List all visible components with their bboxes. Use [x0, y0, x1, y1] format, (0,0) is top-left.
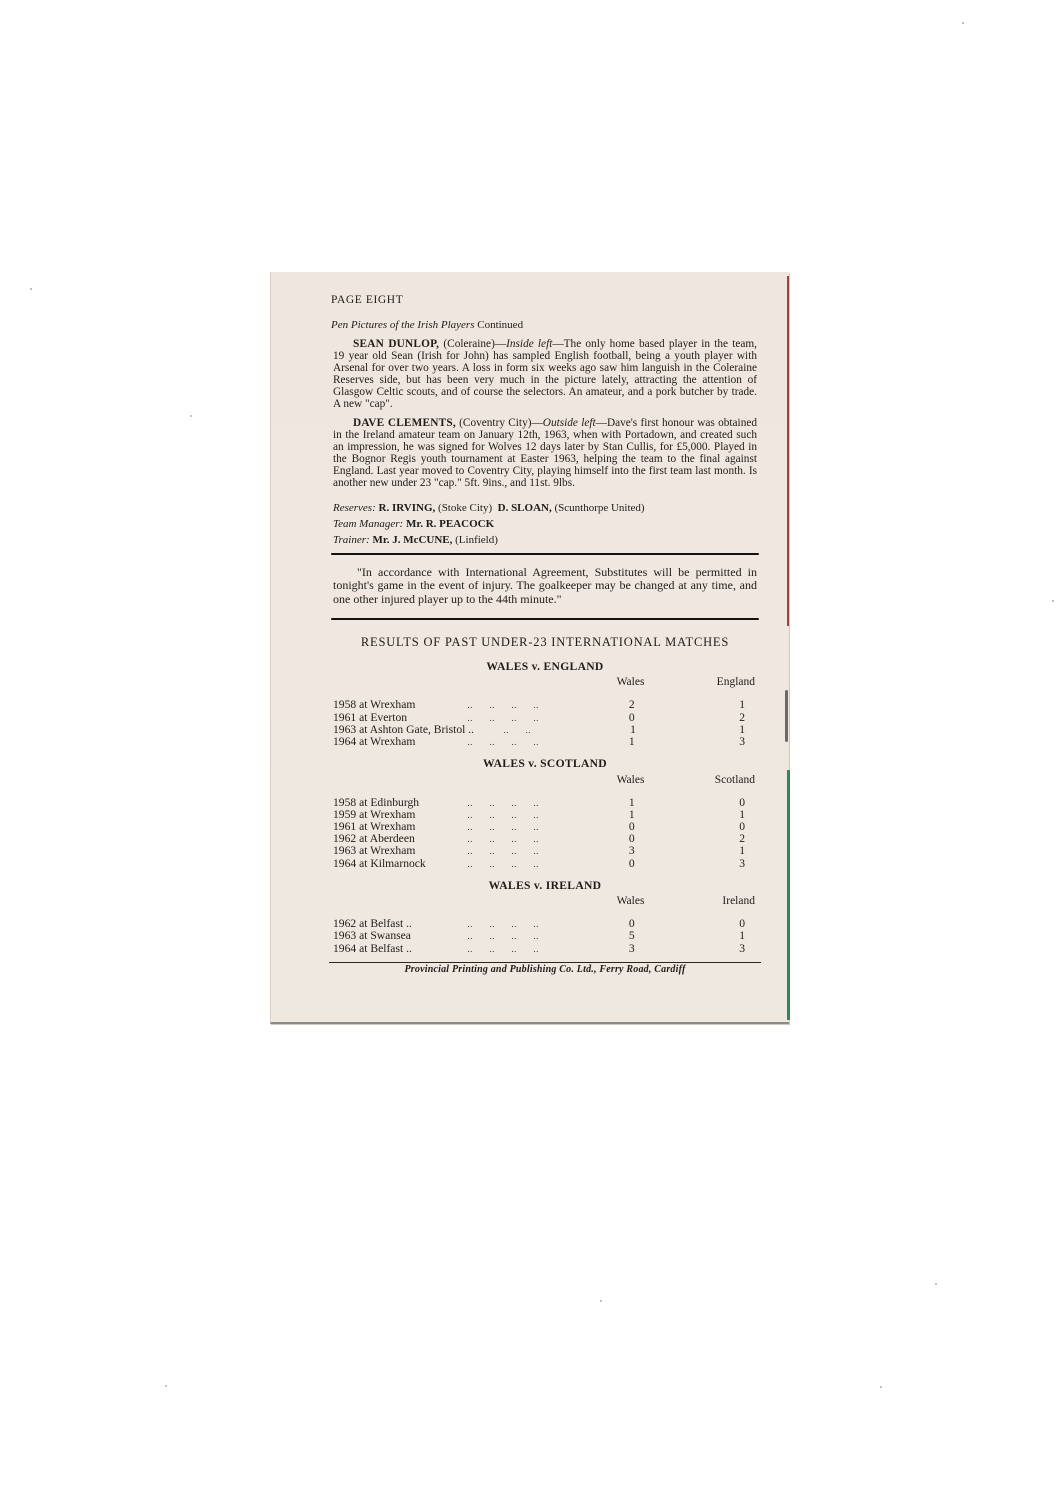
- cover-edge-red: [787, 276, 789, 626]
- fixture-title: WALES v. SCOTLAND: [333, 758, 757, 771]
- away-team-header: Scotland: [658, 774, 757, 788]
- result-row: 1961 at Everton .. .. .. ..02: [333, 712, 757, 724]
- match-venue: 1958 at Wrexham: [333, 699, 462, 711]
- away-score: 2: [659, 712, 757, 724]
- results-title: RESULTS OF PAST UNDER-23 INTERNATIONAL M…: [333, 636, 757, 649]
- programme-page: PAGE EIGHT Pen Pictures of the Irish Pla…: [270, 272, 789, 1024]
- footer-rule: [329, 962, 761, 963]
- reserves-line: Reserves: R. IRVING, (Stoke City) D. SLO…: [333, 500, 757, 516]
- printer-credit: Provincial Printing and Publishing Co. L…: [333, 964, 757, 977]
- page-label: PAGE EIGHT: [331, 294, 757, 307]
- staple-mark: [785, 690, 788, 742]
- divider-rule: [331, 553, 759, 555]
- leader-dots: .. .. .. ..: [462, 833, 605, 845]
- results-rows: 1962 at Belfast .. .. .. .. ..001963 at …: [333, 918, 757, 955]
- away-score: 1: [659, 930, 757, 942]
- result-row: 1963 at Swansea .. .. .. ..51: [333, 930, 757, 942]
- player-bio-dunlop: SEAN DUNLOP, (Coleraine)—Inside left—The…: [333, 339, 757, 410]
- leader-dots: .. .. .. ..: [462, 809, 605, 821]
- manager-name: Mr. R. PEACOCK: [406, 518, 494, 530]
- home-score: 1: [604, 736, 659, 748]
- trainer-label: Trainer:: [333, 534, 370, 546]
- trainer-club: (Linfield): [455, 534, 498, 546]
- manager-label: Team Manager:: [333, 518, 403, 530]
- away-team-header: Ireland: [658, 895, 757, 909]
- results-block: WALES v. IRELANDWalesIreland1962 at Belf…: [333, 880, 757, 955]
- home-team-header: Wales: [603, 676, 657, 690]
- home-score: 1: [604, 797, 659, 809]
- player-bio-clements: DAVE CLEMENTS, (Coventry City)—Outside l…: [333, 418, 757, 489]
- section-subtitle: Pen Pictures of the Irish Players Contin…: [331, 319, 757, 332]
- scan-speck: [1052, 600, 1054, 602]
- match-venue: 1961 at Everton: [333, 712, 462, 724]
- leader-dots: .. .. .. ..: [462, 736, 605, 748]
- home-score: 0: [604, 712, 659, 724]
- away-score: 3: [659, 736, 757, 748]
- away-score: 3: [659, 858, 757, 870]
- leader-dots: .. .. .. ..: [462, 797, 605, 809]
- leader-dots: .. .. .. ..: [462, 845, 605, 857]
- results-block: WALES v. SCOTLANDWalesScotland1958 at Ed…: [333, 758, 757, 870]
- leader-dots: .. ..: [465, 724, 606, 736]
- home-score: 0: [604, 858, 659, 870]
- match-venue: 1958 at Edinburgh: [333, 797, 462, 809]
- home-team-header: Wales: [603, 895, 657, 909]
- match-venue: 1964 at Wrexham: [333, 736, 462, 748]
- scan-speck: [880, 1386, 882, 1388]
- result-row: 1964 at Kilmarnock .. .. .. ..03: [333, 858, 757, 870]
- manager-line: Team Manager: Mr. R. PEACOCK: [333, 516, 757, 532]
- leader-dots: .. .. .. ..: [462, 918, 605, 930]
- page-content: PAGE EIGHT Pen Pictures of the Irish Pla…: [333, 292, 757, 976]
- results-rows: 1958 at Wrexham .. .. .. ..211961 at Eve…: [333, 699, 757, 748]
- player-club: (Coventry City)—: [459, 417, 543, 429]
- scan-speck: [962, 22, 964, 24]
- home-score: 5: [604, 930, 659, 942]
- match-venue: 1963 at Wrexham: [333, 845, 462, 857]
- home-team-header: Wales: [603, 774, 657, 788]
- match-venue: 1963 at Swansea: [333, 930, 462, 942]
- player-position: Inside left: [506, 338, 552, 350]
- score-header: WalesScotland: [333, 774, 757, 788]
- substitutes-notice: "In accordance with International Agreem…: [333, 566, 757, 607]
- fixture-title: WALES v. IRELAND: [333, 880, 757, 893]
- scan-speck: [190, 415, 192, 417]
- away-score: 1: [659, 699, 757, 711]
- scan-speck: [935, 1283, 937, 1285]
- away-score: 3: [659, 943, 757, 955]
- home-score: 3: [604, 845, 659, 857]
- cover-edge-green: [787, 770, 790, 1020]
- results-container: WALES v. ENGLANDWalesEngland1958 at Wrex…: [333, 661, 757, 955]
- trainer-name: Mr. J. McCUNE,: [372, 534, 452, 546]
- away-score: 0: [659, 797, 757, 809]
- results-block: WALES v. ENGLANDWalesEngland1958 at Wrex…: [333, 661, 757, 748]
- leader-dots: .. .. .. ..: [462, 699, 605, 711]
- scan-speck: [165, 1385, 167, 1387]
- reserve-name: D. SLOAN,: [498, 502, 552, 514]
- result-row: 1964 at Wrexham .. .. .. ..13: [333, 736, 757, 748]
- home-score: 2: [604, 699, 659, 711]
- leader-dots: .. .. .. ..: [462, 858, 605, 870]
- result-row: 1958 at Wrexham .. .. .. ..21: [333, 699, 757, 711]
- player-name: SEAN DUNLOP,: [353, 338, 439, 350]
- player-club: (Coleraine)—: [443, 338, 506, 350]
- leader-dots: .. .. .. ..: [462, 930, 605, 942]
- score-header: WalesIreland: [333, 895, 757, 909]
- team-staff: Reserves: R. IRVING, (Stoke City) D. SLO…: [333, 500, 757, 548]
- leader-dots: .. .. .. ..: [462, 712, 605, 724]
- home-score: 3: [604, 943, 659, 955]
- scan-speck: [30, 288, 32, 290]
- scan-speck: [600, 1300, 602, 1302]
- subtitle-continued: Continued: [477, 319, 523, 331]
- result-row: 1963 at Wrexham .. .. .. ..31: [333, 845, 757, 857]
- player-position: Outside left: [543, 417, 596, 429]
- result-row: 1958 at Edinburgh .. .. .. ..10: [333, 797, 757, 809]
- subtitle-italic: Pen Pictures of the Irish Players: [331, 319, 474, 331]
- trainer-line: Trainer: Mr. J. McCUNE, (Linfield): [333, 532, 757, 548]
- result-row: 1964 at Belfast .. .. .. .. ..33: [333, 943, 757, 955]
- fixture-title: WALES v. ENGLAND: [333, 661, 757, 674]
- score-header: WalesEngland: [333, 676, 757, 690]
- leader-dots: .. .. .. ..: [462, 821, 605, 833]
- leader-dots: .. .. .. ..: [462, 943, 605, 955]
- divider-rule: [331, 618, 759, 620]
- reserve-club: (Scunthorpe United): [554, 502, 644, 514]
- reserves-label: Reserves:: [333, 502, 376, 514]
- reserve-club: (Stoke City): [438, 502, 492, 514]
- results-rows: 1958 at Edinburgh .. .. .. ..101959 at W…: [333, 797, 757, 870]
- away-score: 1: [659, 845, 757, 857]
- reserve-name: R. IRVING,: [379, 502, 436, 514]
- player-name: DAVE CLEMENTS,: [353, 417, 456, 429]
- away-team-header: England: [658, 676, 757, 690]
- match-venue: 1964 at Belfast ..: [333, 943, 462, 955]
- match-venue: 1964 at Kilmarnock: [333, 858, 462, 870]
